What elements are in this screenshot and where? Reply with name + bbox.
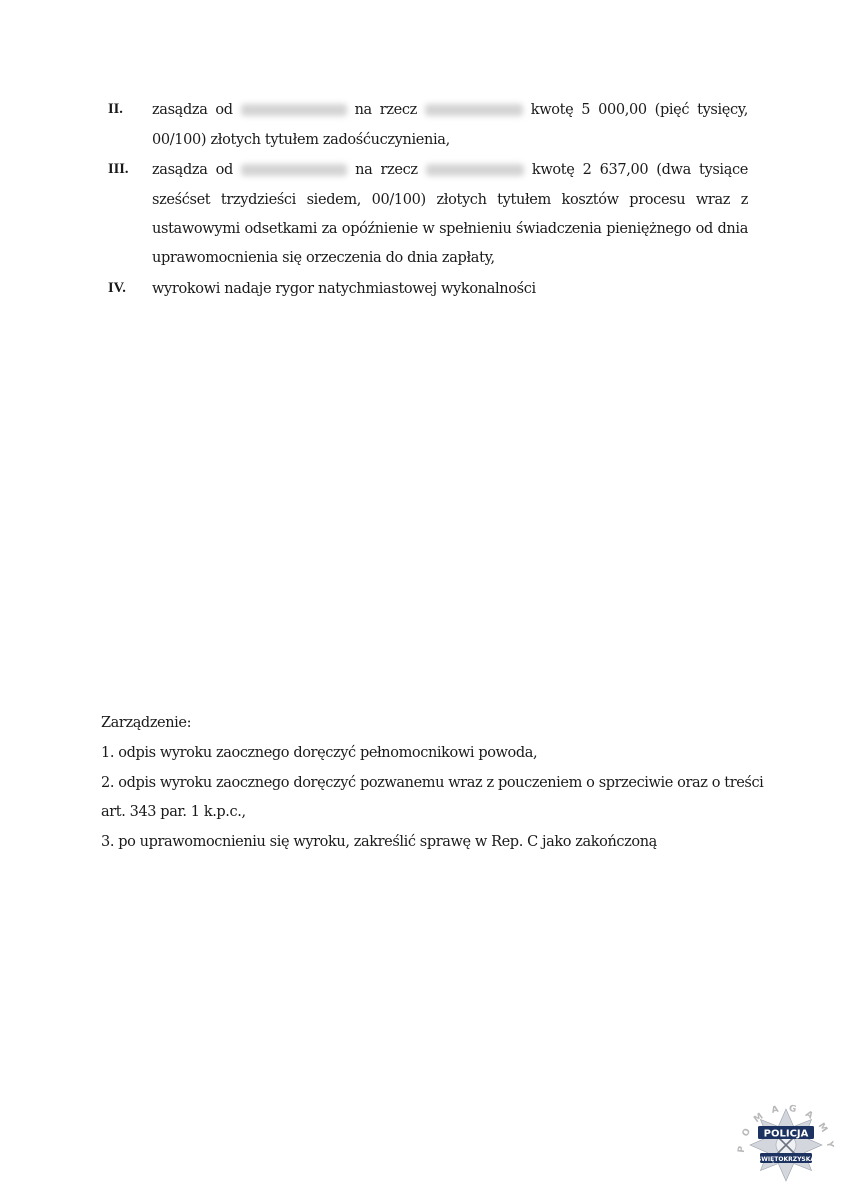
- redacted-defendant-name: [241, 164, 347, 176]
- document-page: II. zasądza od na rzecz kwotę 5 000,00 (…: [0, 0, 848, 1200]
- order-line-4: 3. po uprawomocnieniu się wyroku, zakreś…: [101, 834, 657, 850]
- police-star-logo: P O M A G A M Y I C H R O N I M Y POLICJ…: [726, 1093, 846, 1197]
- order-heading: Zarządzenie:: [101, 715, 191, 731]
- order-line-1: 1. odpis wyroku zaocznego doręczyć pełno…: [101, 745, 537, 761]
- item-ii-line-1: zasądza od na rzecz kwotę 5 000,00 (pięć…: [152, 101, 748, 119]
- item-iii-line-1: zasądza od na rzecz kwotę 2 637,00 (dwa …: [152, 161, 748, 179]
- item-iii-line-4: uprawomocnienia się orzeczenia do dnia z…: [152, 249, 495, 267]
- order-line-3: art. 343 par. 1 k.p.c.,: [101, 804, 246, 820]
- item-iii-line-3: ustawowymi odsetkami za opóźnienie w spe…: [152, 220, 748, 238]
- text-fragment: zasądza od: [152, 162, 233, 178]
- band-top-text: POLICJA: [764, 1129, 809, 1140]
- item-ii-line-2: 00/100) złotych tytułem zadośćuczynienia…: [152, 131, 450, 149]
- item-numeral-iv: IV.: [108, 280, 126, 297]
- item-iii-line-2: sześćset trzydzieści siedem, 00/100) zło…: [152, 191, 748, 209]
- order-line-2: 2. odpis wyroku zaocznego doręczyć pozwa…: [101, 775, 763, 791]
- star-icon: POLICJA ŚWIĘTOKRZYSKA: [750, 1109, 822, 1181]
- item-iv-line-1: wyrokowi nadaje rygor natychmiastowej wy…: [152, 280, 536, 298]
- redacted-defendant-name: [241, 104, 347, 116]
- text-fragment: kwotę 2 637,00 (dwa tysiące: [532, 162, 748, 178]
- text-fragment: kwotę 5 000,00 (pięć tysięcy,: [531, 102, 748, 118]
- item-numeral-ii: II.: [108, 101, 123, 118]
- text-fragment: na rzecz: [355, 102, 417, 118]
- band-bottom-text: ŚWIĘTOKRZYSKA: [757, 1156, 815, 1163]
- text-fragment: na rzecz: [355, 162, 418, 178]
- item-numeral-iii: III.: [108, 161, 129, 178]
- redacted-plaintiff-name: [426, 164, 524, 176]
- text-fragment: zasądza od: [152, 102, 233, 118]
- redacted-plaintiff-name: [425, 104, 523, 116]
